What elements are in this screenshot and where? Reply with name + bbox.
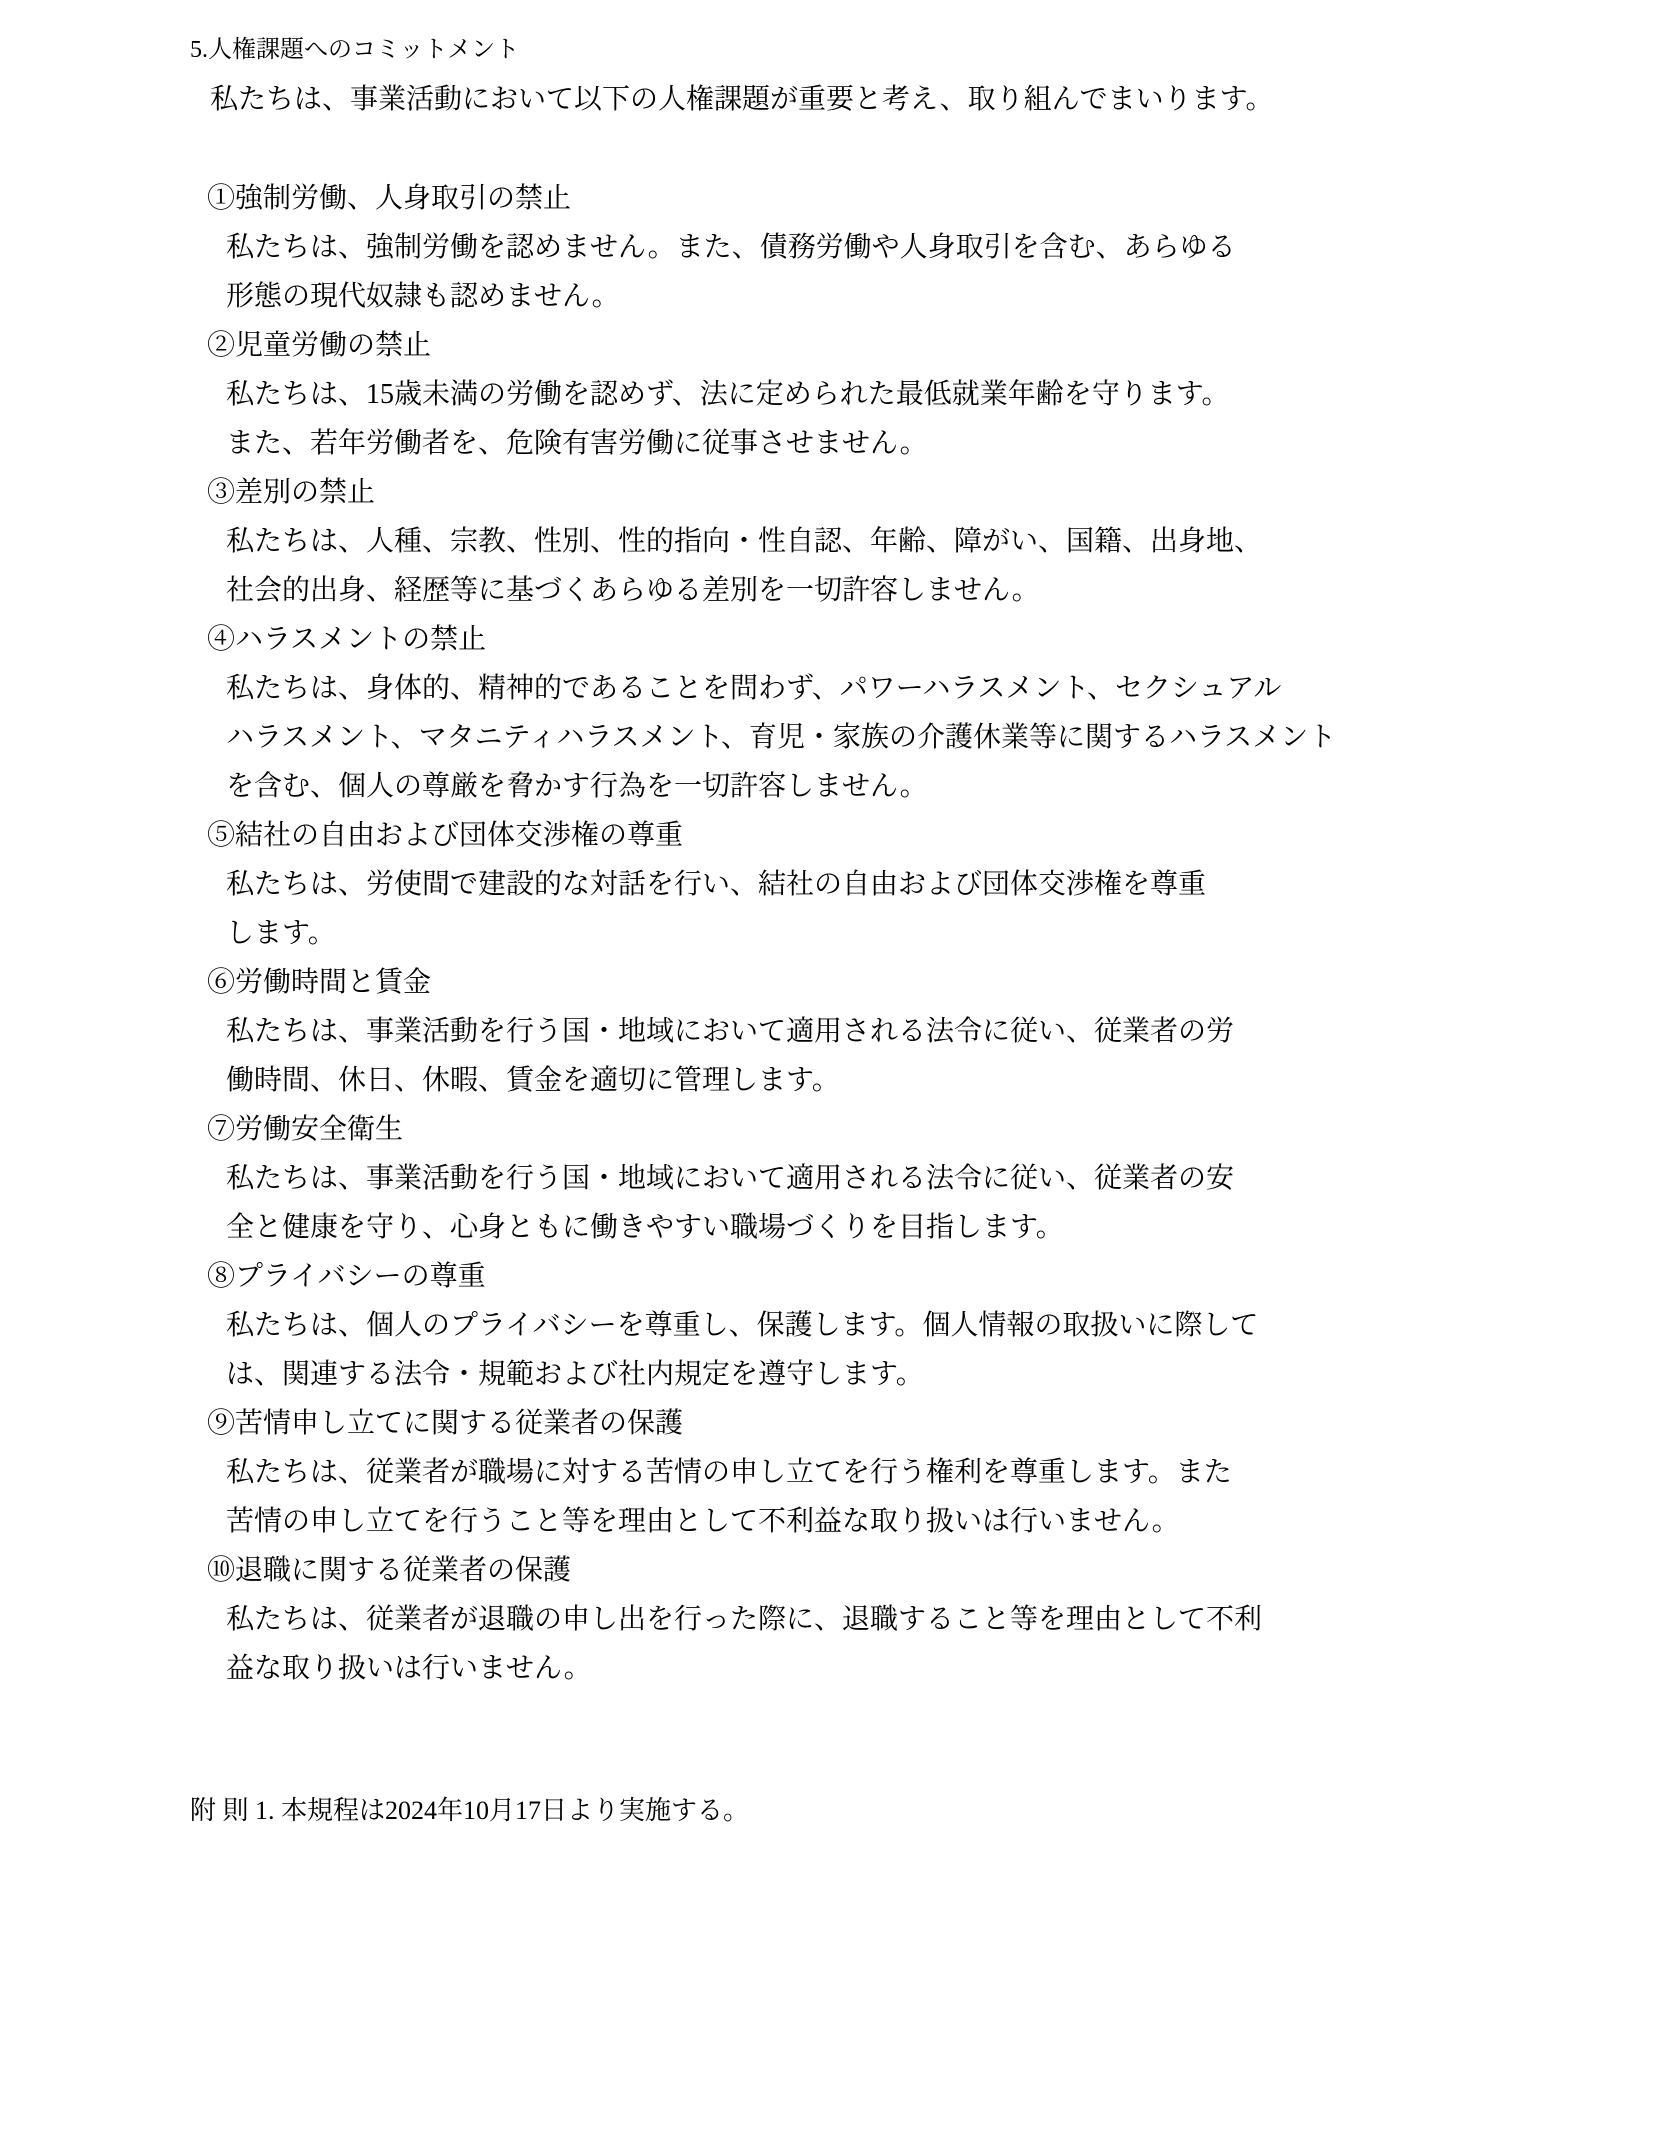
item-heading: ⑦労働安全衛生 [207, 1105, 1653, 1154]
item-body: 私たちは、労使間で建設的な対話を行い、結社の自由および団体交渉権を尊重 します。 [226, 860, 1653, 958]
commitment-item-8: ⑧プライバシーの尊重 私たちは、個人のプライバシーを尊重し、保護します。個人情報… [0, 1252, 1653, 1399]
item-body: 私たちは、従業者が退職の申し出を行った際に、退職すること等を理由として不利 益な… [226, 1595, 1653, 1693]
item-heading: ③差別の禁止 [207, 468, 1653, 517]
item-body: 私たちは、事業活動を行う国・地域において適用される法令に従い、従業者の安 全と健… [226, 1154, 1653, 1252]
item-body: 私たちは、15歳未満の労働を認めず、法に定められた最低就業年齢を守ります。 また… [226, 370, 1653, 468]
commitment-item-1: ①強制労働、人身取引の禁止 私たちは、強制労働を認めません。また、債務労働や人身… [0, 174, 1653, 321]
commitment-item-10: ⑩退職に関する従業者の保護 私たちは、従業者が退職の申し出を行った際に、退職する… [0, 1546, 1653, 1693]
commitment-list: ①強制労働、人身取引の禁止 私たちは、強制労働を認めません。また、債務労働や人身… [0, 174, 1653, 1693]
intro-paragraph: 私たちは、事業活動において以下の人権課題が重要と考え、取り組んでまいります。 [210, 75, 1653, 124]
commitment-item-4: ④ハラスメントの禁止 私たちは、身体的、精神的であることを問わず、パワーハラスメ… [0, 615, 1653, 811]
item-heading: ⑧プライバシーの尊重 [207, 1252, 1653, 1301]
item-body: 私たちは、事業活動を行う国・地域において適用される法令に従い、従業者の労 働時間… [226, 1007, 1653, 1105]
item-body: 私たちは、強制労働を認めません。また、債務労働や人身取引を含む、あらゆる 形態の… [226, 223, 1653, 321]
commitment-item-2: ②児童労働の禁止 私たちは、15歳未満の労働を認めず、法に定められた最低就業年齢… [0, 321, 1653, 468]
appendix-note: 附 則 1. 本規程は2024年10月17日より実施する。 [190, 1786, 1653, 1835]
item-heading: ⑨苦情申し立てに関する従業者の保護 [207, 1399, 1653, 1448]
item-body: 私たちは、個人のプライバシーを尊重し、保護します。個人情報の取扱いに際して は、… [226, 1301, 1653, 1399]
item-body: 私たちは、人種、宗教、性別、性的指向・性自認、年齢、障がい、国籍、出身地、 社会… [226, 517, 1653, 615]
item-heading: ⑥労働時間と賃金 [207, 958, 1653, 1007]
item-body: 私たちは、従業者が職場に対する苦情の申し立てを行う権利を尊重します。また 苦情の… [226, 1448, 1653, 1546]
document-page: 5.人権課題へのコミットメント 私たちは、事業活動において以下の人権課題が重要と… [0, 0, 1653, 2132]
section-title: 5.人権課題へのコミットメント [190, 26, 1653, 75]
commitment-item-3: ③差別の禁止 私たちは、人種、宗教、性別、性的指向・性自認、年齢、障がい、国籍、… [0, 468, 1653, 615]
commitment-item-7: ⑦労働安全衛生 私たちは、事業活動を行う国・地域において適用される法令に従い、従… [0, 1105, 1653, 1252]
item-heading: ⑩退職に関する従業者の保護 [207, 1546, 1653, 1595]
commitment-item-5: ⑤結社の自由および団体交渉権の尊重 私たちは、労使間で建設的な対話を行い、結社の… [0, 811, 1653, 958]
item-heading: ⑤結社の自由および団体交渉権の尊重 [207, 811, 1653, 860]
item-heading: ②児童労働の禁止 [207, 321, 1653, 370]
item-heading: ①強制労働、人身取引の禁止 [207, 174, 1653, 223]
commitment-item-9: ⑨苦情申し立てに関する従業者の保護 私たちは、従業者が職場に対する苦情の申し立て… [0, 1399, 1653, 1546]
commitment-item-6: ⑥労働時間と賃金 私たちは、事業活動を行う国・地域において適用される法令に従い、… [0, 958, 1653, 1105]
item-body: 私たちは、身体的、精神的であることを問わず、パワーハラスメント、セクシュアル ハ… [226, 664, 1653, 811]
item-heading: ④ハラスメントの禁止 [207, 615, 1653, 664]
